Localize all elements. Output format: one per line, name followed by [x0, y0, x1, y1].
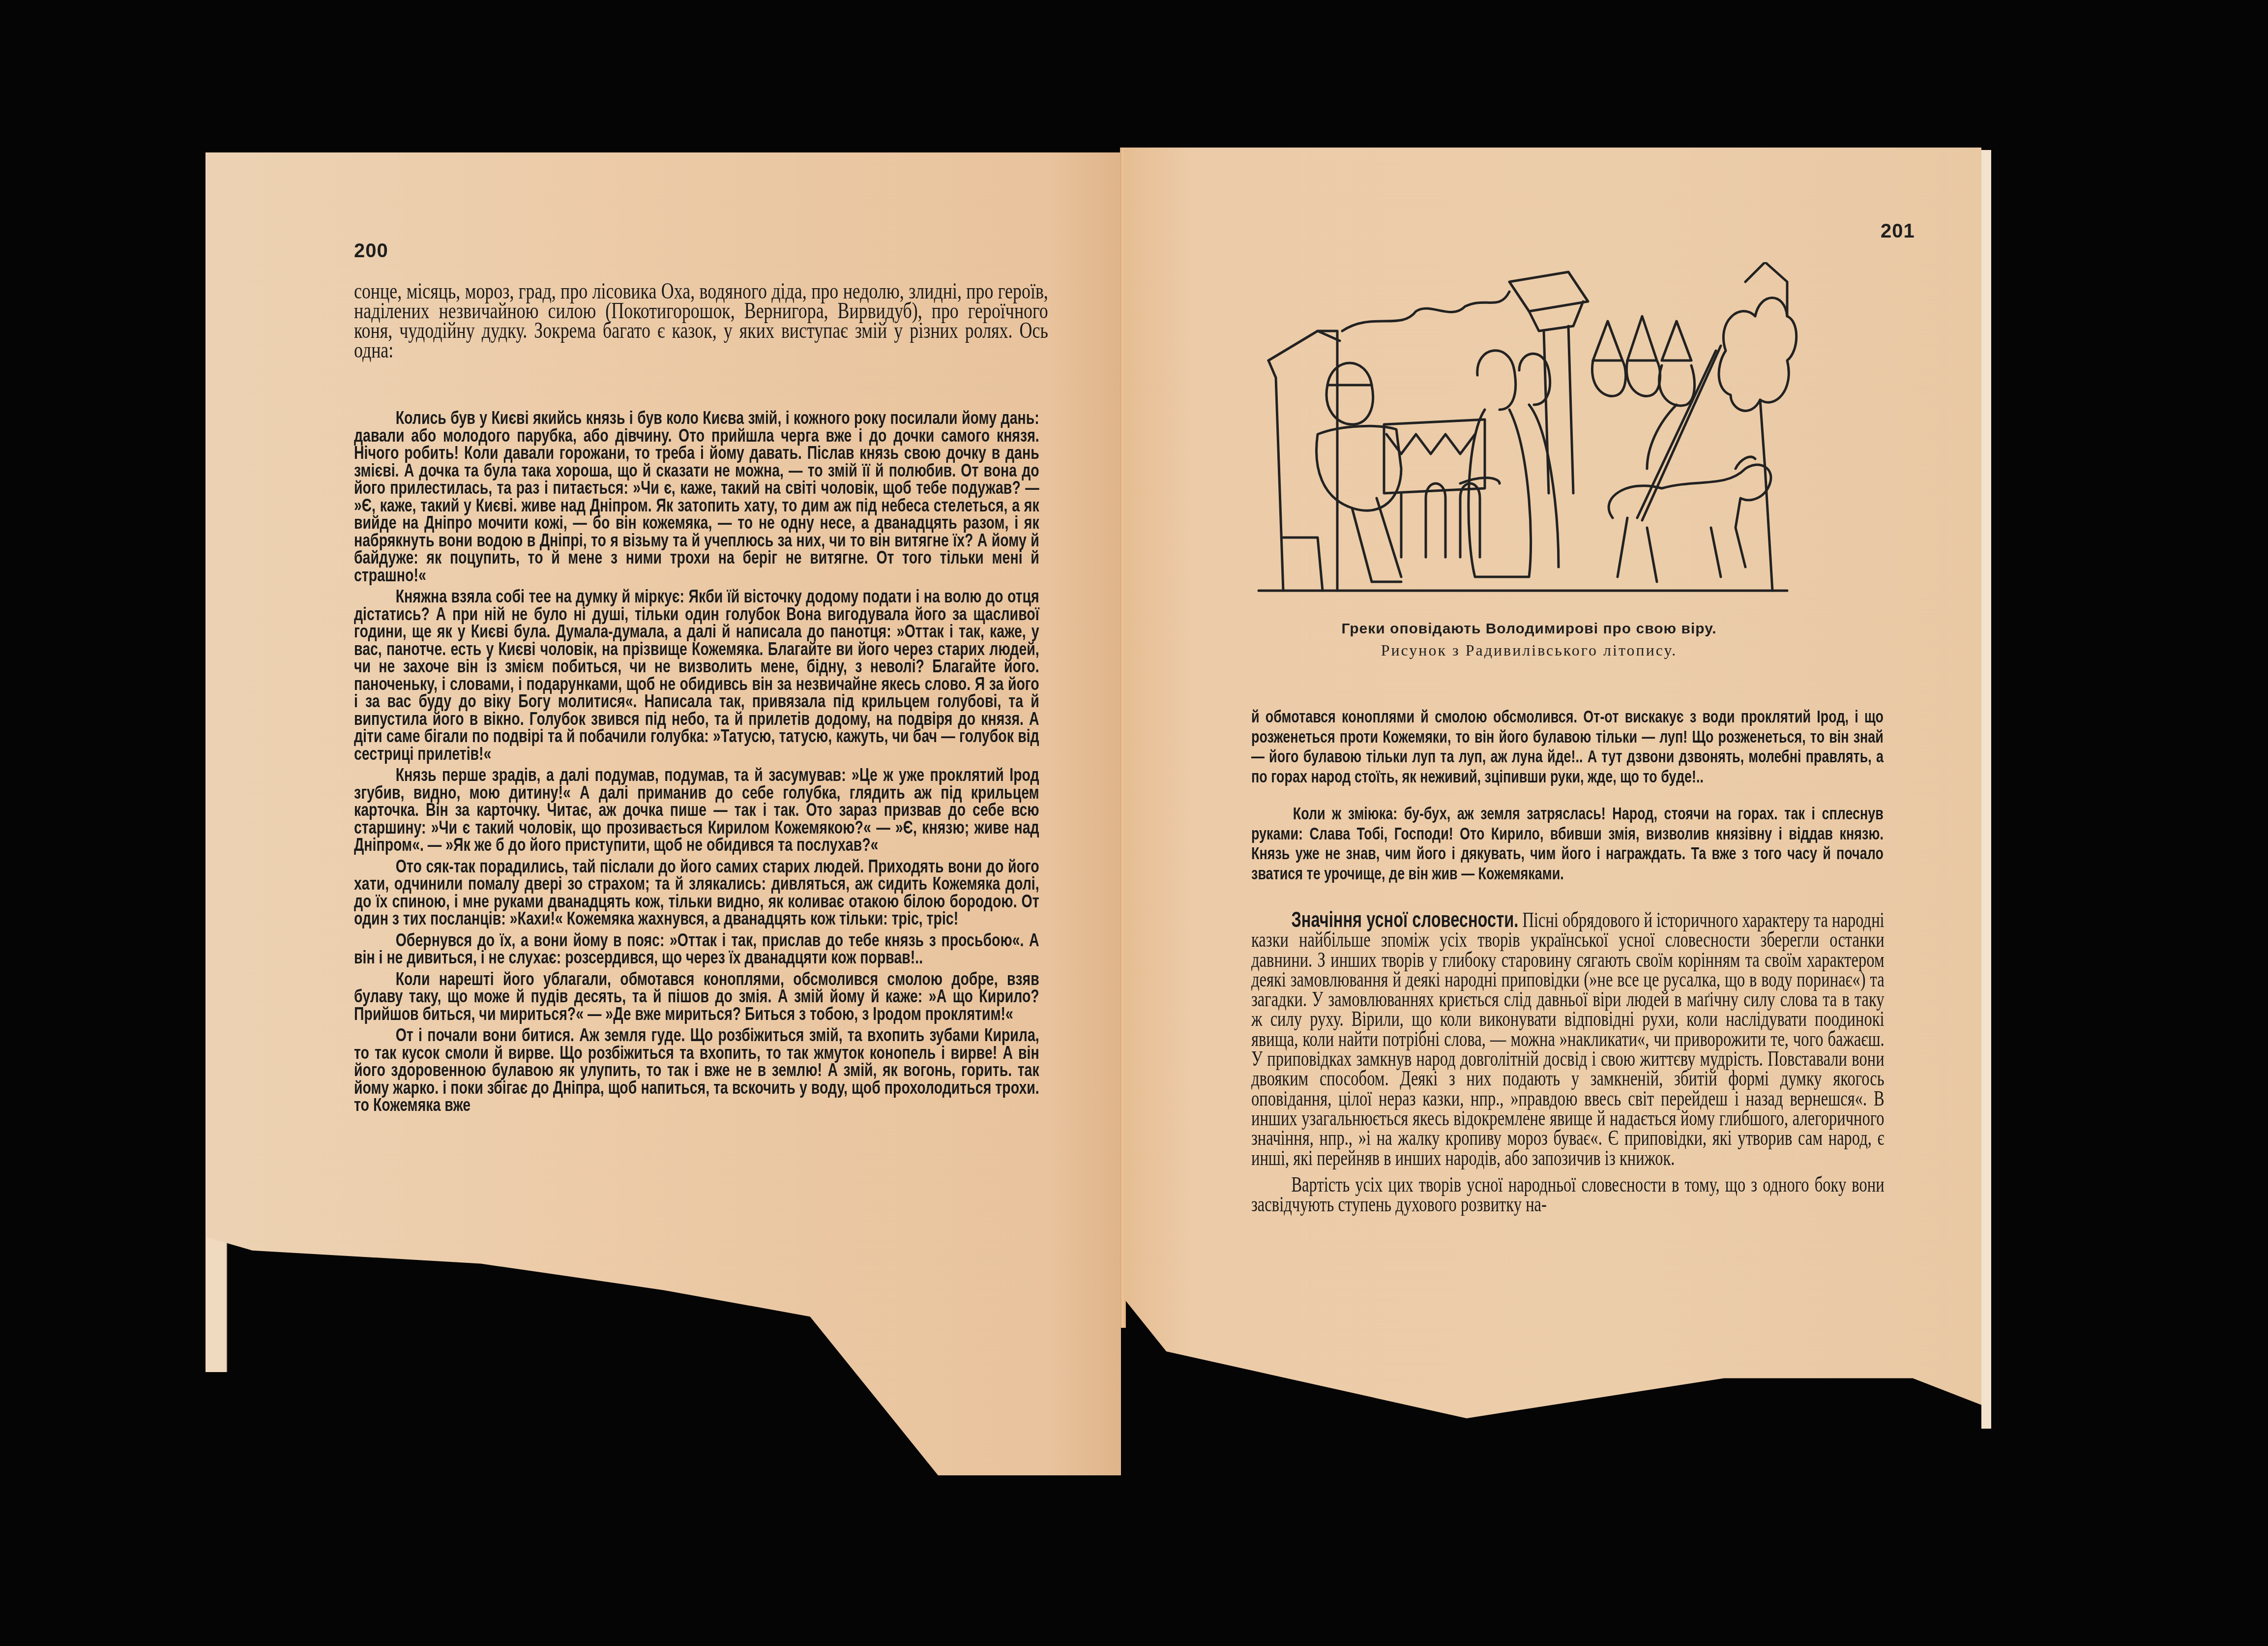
tale-paragraph: Княжна взяла собі тее на думку й міркує:… — [354, 588, 1039, 762]
section-paragraph-1: Значіння усної словесности. Пісні обрядо… — [1251, 910, 1885, 1168]
illustration-caption: Греки оповідають Володимирові про свою в… — [1271, 621, 1787, 659]
tale-paragraph: Князь перше зрадів, а далі подумав, поду… — [354, 766, 1039, 854]
page-number-left: 200 — [354, 240, 388, 262]
tale-paragraph: Обернувся до їх, а вони йому в пояс: »От… — [354, 931, 1039, 966]
left-page: 200 сонце, місяць, мороз, град, про лісо… — [206, 152, 1121, 1475]
printer-signature-mark: 2 — 3178 — [1182, 1399, 1233, 1418]
intro-paragraph: сонце, місяць, мороз, град, про лісовика… — [354, 281, 1048, 360]
intro-text: сонце, місяць, мороз, град, про лісовика… — [354, 281, 1048, 360]
folktale-text: Колись був у Києві якийсь князь і був ко… — [354, 409, 1039, 1118]
section-paragraph-2: Вартість усіх цих творів усної народньої… — [1251, 1175, 1885, 1215]
folktale-continuation: й обмотався коноплями й смолою обсмоливс… — [1251, 690, 1884, 901]
manuscript-drawing-icon — [1254, 262, 1807, 597]
caption-line-2: Рисунок з Радивилівського літопису. — [1271, 641, 1787, 659]
tale-paragraph: Ото сяк-так порадились, тай післали до й… — [354, 858, 1039, 928]
open-book: 200 сонце, місяць, мороз, град, про лісо… — [0, 0, 2268, 1646]
right-page: 201 — [1123, 148, 1981, 1485]
tale-paragraph: Коли нарешті його ублагали, обмотався ко… — [354, 970, 1039, 1023]
tale-paragraph: От і почали вони битися. Аж земля гуде. … — [354, 1026, 1039, 1114]
page-number-right: 201 — [1881, 220, 1915, 242]
section-oral-literature: Значіння усної словесности. Пісні обрядо… — [1251, 910, 1885, 1214]
tale-paragraph: Коли ж зміюка: бу-бух, аж земля затрясла… — [1251, 804, 1884, 884]
section-text: Пісні обрядового й історичного характеру… — [1251, 908, 1885, 1170]
tale-paragraph: й обмотався коноплями й смолою обсмоливс… — [1251, 707, 1884, 787]
right-page-edge — [1981, 150, 1991, 1429]
tale-paragraph: Колись був у Києві якийсь князь і був ко… — [354, 409, 1039, 584]
caption-line-1: Греки оповідають Володимирові про свою в… — [1271, 621, 1787, 637]
